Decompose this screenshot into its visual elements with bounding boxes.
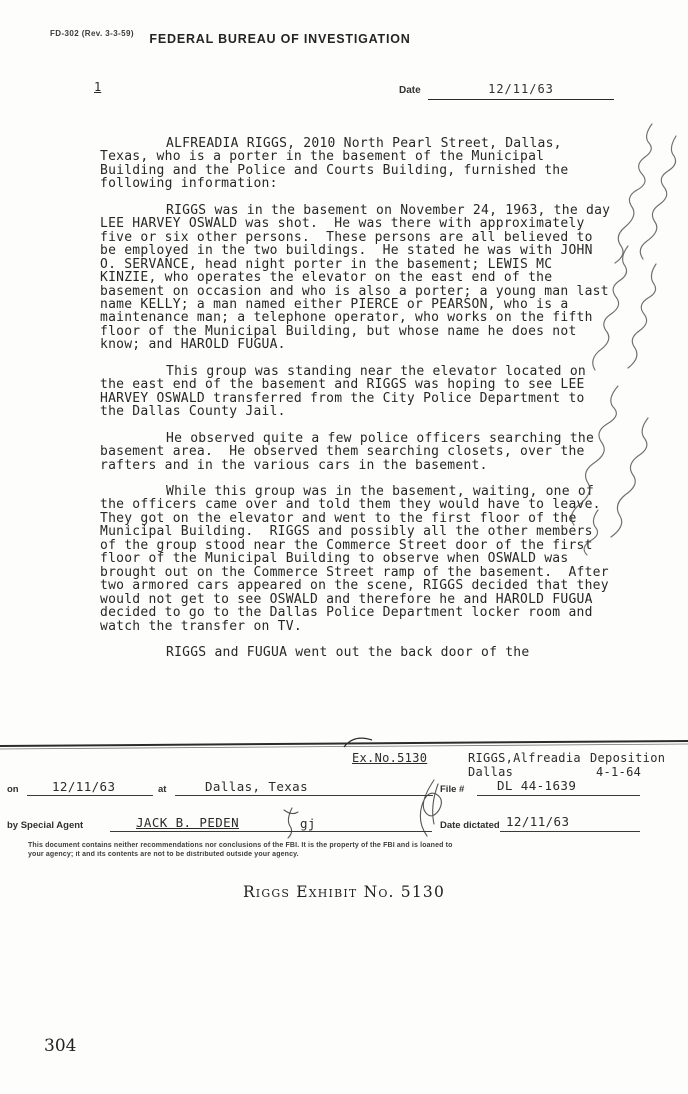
file-value: DL 44-1639 bbox=[497, 778, 576, 793]
report-paragraph: This group was standing near the elevato… bbox=[100, 365, 612, 419]
report-paragraph: He observed quite a few police officers … bbox=[100, 432, 612, 472]
at-label: at bbox=[158, 784, 166, 795]
page-number: 1 bbox=[94, 80, 101, 94]
disclaimer-line-1: This document contains neither recommend… bbox=[28, 842, 658, 851]
at-value: Dallas, Texas bbox=[205, 779, 308, 794]
on-label: on bbox=[7, 784, 19, 795]
document-page: FD-302 (Rev. 3-3-59) FEDERAL BUREAU OF I… bbox=[0, 0, 688, 1094]
report-paragraph: While this group was in the basement, wa… bbox=[100, 485, 612, 633]
on-value: 12/11/63 bbox=[52, 779, 115, 794]
deposition-city: Dallas bbox=[468, 765, 513, 779]
on-underline bbox=[27, 795, 153, 796]
dictated-label: Date dictated bbox=[440, 820, 500, 831]
report-paragraph: RIGGS and FUGUA went out the back door o… bbox=[100, 646, 612, 659]
date-value: 12/11/63 bbox=[428, 82, 614, 100]
dictated-value: 12/11/63 bbox=[506, 814, 569, 829]
agent-value: JACK B. PEDEN bbox=[136, 815, 239, 830]
agency-title: FEDERAL BUREAU OF INVESTIGATION bbox=[0, 32, 560, 46]
file-label: File # bbox=[440, 784, 464, 795]
handwritten-initial-icon bbox=[278, 806, 302, 840]
report-paragraph: RIGGS was in the basement on November 24… bbox=[100, 204, 612, 352]
agent-typist-initials: gj bbox=[300, 816, 316, 831]
agent-underline bbox=[110, 831, 432, 832]
document-type: Deposition bbox=[590, 751, 665, 765]
exhibit-number: Ex.No.5130 bbox=[352, 751, 427, 765]
report-paragraph: ALFREADIA RIGGS, 2010 North Pearl Street… bbox=[100, 137, 612, 191]
witness-name: RIGGS,Alfreadia bbox=[468, 751, 581, 765]
deposition-date: 4-1-64 bbox=[596, 765, 641, 779]
agent-label: by Special Agent bbox=[7, 820, 83, 831]
dictated-underline bbox=[500, 831, 640, 832]
at-underline bbox=[175, 795, 433, 796]
file-underline bbox=[477, 795, 640, 796]
exhibit-caption: Riggs Exhibit No. 5130 bbox=[0, 883, 688, 901]
disclaimer-line-2: your agency; it and its contents are not… bbox=[28, 851, 658, 860]
page-footer-number: 304 bbox=[44, 1036, 76, 1056]
report-body: ALFREADIA RIGGS, 2010 North Pearl Street… bbox=[100, 137, 612, 672]
divider-rule bbox=[0, 736, 688, 756]
date-label: Date bbox=[399, 85, 421, 96]
